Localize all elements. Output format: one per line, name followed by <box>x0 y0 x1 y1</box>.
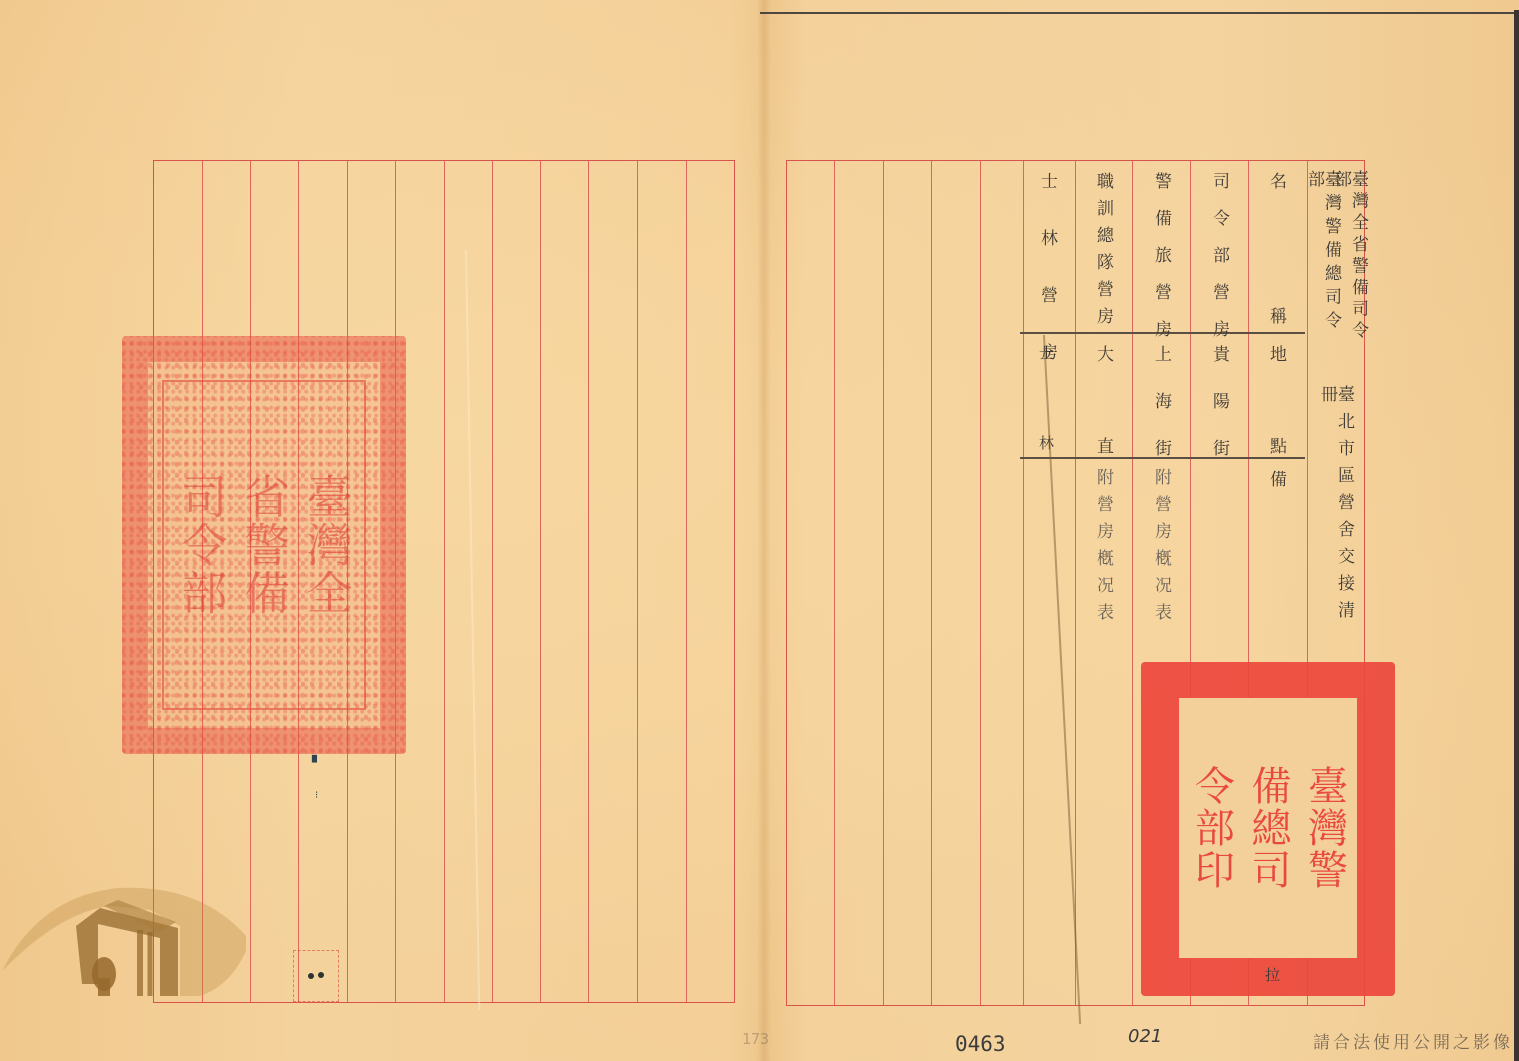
archive-logo-icon <box>0 866 250 996</box>
usage-watermark: 請合法使用公開之影像 <box>1313 1028 1513 1053</box>
row-1-location: 貴陽街 <box>1210 345 1227 486</box>
row-2-name: 警備旅營房 <box>1152 172 1169 357</box>
archive-number: 0463 <box>955 1032 1006 1056</box>
small-red-stamp <box>293 950 339 1002</box>
left-red-seal: 臺灣全 省警備 司令部 <box>122 336 406 754</box>
row-1-name: 司令部營房 <box>1210 172 1227 357</box>
header-name-1: 名 <box>1267 172 1284 189</box>
seal-column-b: 備總司 <box>1248 702 1288 954</box>
faint-page-number: 173 <box>742 1030 769 1048</box>
row-2-remarks: 附營房槪况表 <box>1152 468 1169 630</box>
seal-handwritten-mark: 拉 <box>1265 964 1280 985</box>
binding-edge <box>1514 10 1519 1061</box>
title-line-3: 臺北市區營舍交接清冊 <box>1318 385 1352 635</box>
handwritten-page-number: 021 <box>1128 1026 1162 1047</box>
seal-column-c: 司令部 <box>178 388 224 702</box>
header-remarks: 備 <box>1267 470 1284 487</box>
seal-column-c: 令部印 <box>1191 702 1231 954</box>
seal-column-a: 臺灣警 <box>1305 702 1345 954</box>
ink-mark: ▘ <box>312 756 322 771</box>
ink-mark: ⁝ <box>315 790 318 801</box>
header-location-2: 點 <box>1267 437 1284 454</box>
seal-column-a: 臺灣全 <box>304 388 350 702</box>
row-3-remarks: 附營房槪况表 <box>1094 468 1111 630</box>
top-edge <box>760 12 1519 14</box>
row-2-location: 上海街 <box>1152 345 1169 486</box>
right-red-seal: 臺灣警 備總司 令部印 拉 <box>1141 662 1395 996</box>
title-line-2: 臺灣警備總司令部 <box>1305 170 1339 350</box>
header-location-1: 地 <box>1267 345 1284 362</box>
seal-column-b: 省警備 <box>241 388 287 702</box>
page-fold <box>757 0 771 1061</box>
header-name-2: 稱 <box>1267 307 1284 324</box>
row-3-name: 職訓總隊營房 <box>1094 172 1111 334</box>
